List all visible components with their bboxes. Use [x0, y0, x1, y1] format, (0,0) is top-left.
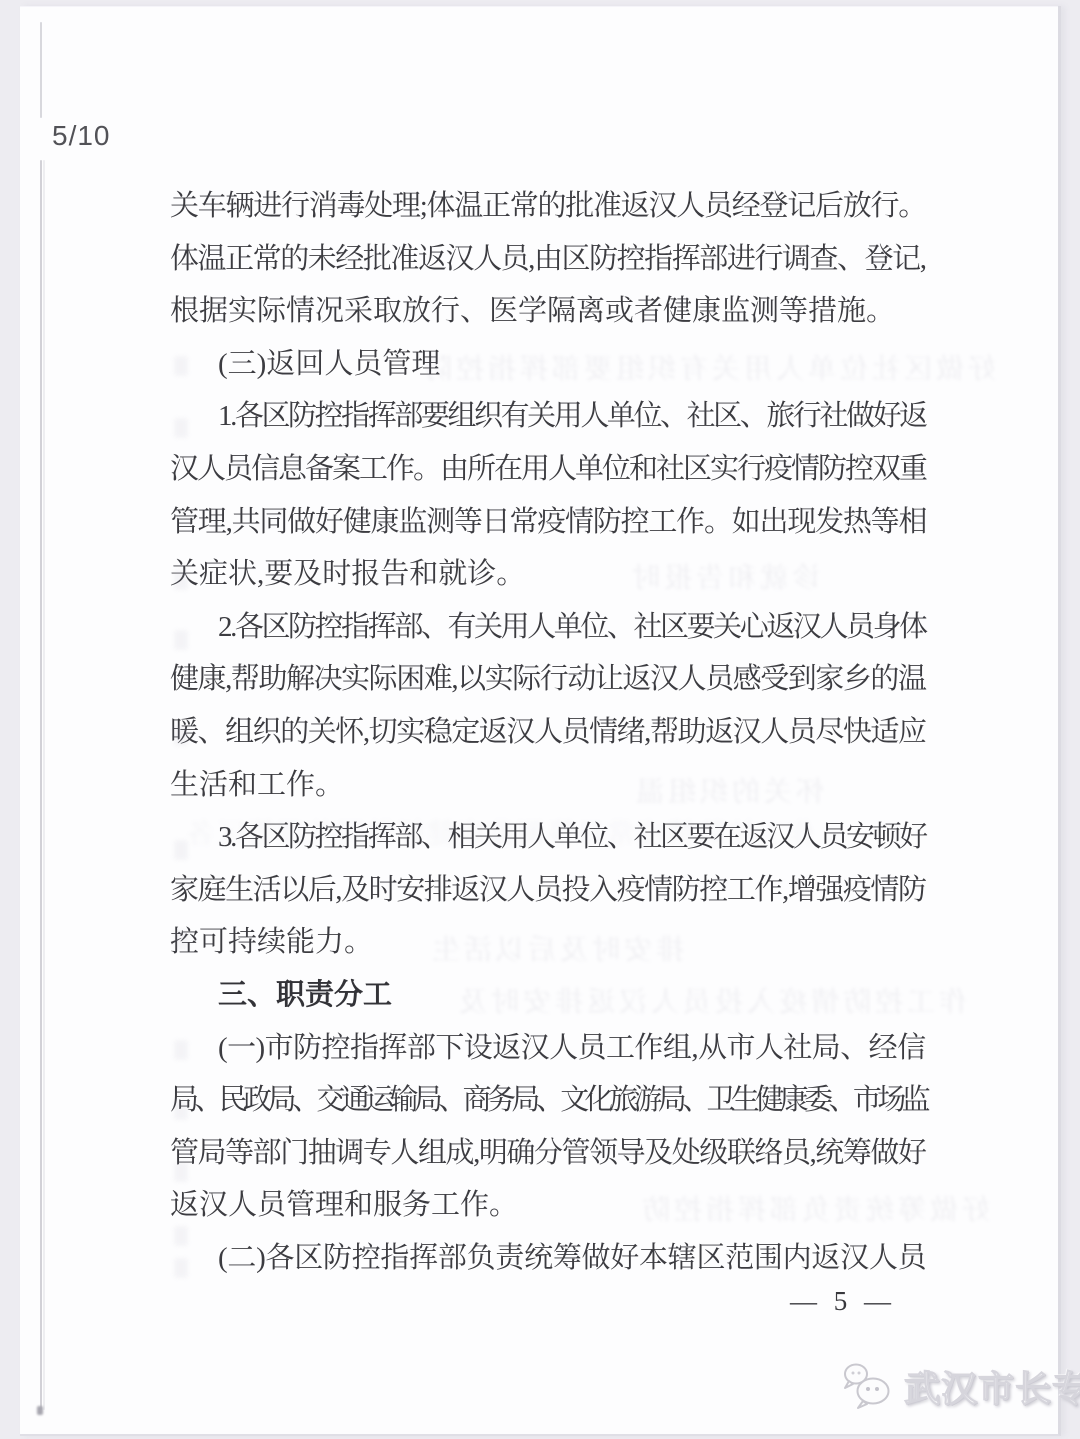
bleed-through-margin-mark: [174, 930, 188, 950]
bleed-through-margin-mark: [174, 630, 188, 650]
scan-fold-line-main: [40, 160, 42, 1410]
bleed-through-margin-mark: [174, 1162, 188, 1182]
document-body-text: 关车辆进行消毒处理;体温正常的批准返汉人员经登记后放行。体温正常的未经批准返汉人…: [170, 180, 926, 1284]
page-indicator: 5/10: [52, 120, 111, 152]
scan-fold-line-top: [40, 22, 42, 118]
bleed-through-margin-mark: [174, 356, 188, 376]
text-line: 汉人员信息备案工作。由所在用人单位和社区实行疫情防控双重: [170, 443, 926, 496]
bleed-through-ghost-text: 怀关的织组温: [632, 770, 824, 810]
scan-fold-line-end-dot: [37, 1406, 43, 1415]
scanned-document-screenshot: { "page_indicator": "5/10", "document": …: [0, 0, 1080, 1439]
bleed-through-ghost-text: 好做筹统责负部挥指控防: [638, 1188, 990, 1228]
watermark-label: 武汉市长专线: [904, 1361, 1080, 1412]
text-line: 1.各区防控指挥部要组织有关用人单位、社区、旅行社做好返: [218, 390, 926, 443]
bleed-through-ghost-text: 诊就和告报时: [628, 556, 820, 596]
text-line: 根据实际情况采取放行、医学隔离或者健康监测等措施。: [170, 285, 926, 338]
text-line: 管局等部门抽调专人组成,明确分管领导及处级联络员,统筹做好: [170, 1127, 926, 1180]
text-line: (一)市防控指挥部下设返汉人员工作组,从市人社局、经信: [218, 1022, 926, 1075]
bleed-through-margin-mark: [174, 1258, 188, 1278]
text-line: (二)各区防控指挥部负责统筹做好本辖区范围内返汉人员: [218, 1232, 926, 1285]
text-line: 局、民政局、交通运输局、商务局、文化旅游局、卫生健康委、市场监: [170, 1074, 926, 1127]
footer-page-number: — 5 —: [790, 1286, 896, 1317]
text-line: 暖、组织的关怀,切实稳定返汉人员情绪,帮助返汉人员尽快适应: [170, 706, 926, 759]
text-line: 健康,帮助解决实际困难,以实际行动让返汉人员感受到家乡的温: [170, 653, 926, 706]
bleed-through-margin-mark: [174, 1226, 188, 1246]
text-line: 关车辆进行消毒处理;体温正常的批准返汉人员经登记后放行。: [170, 180, 926, 233]
text-line: 管理,共同做好健康监测等日常疫情防控工作。如出现发热等相: [170, 496, 926, 549]
bleed-through-margin-mark: [174, 840, 188, 860]
bleed-through-margin-mark: [174, 418, 188, 438]
bleed-through-margin-mark: [174, 726, 188, 746]
bleed-through-margin-mark: [174, 1100, 188, 1120]
bleed-through-ghost-text: 作工控防情疫入投员人汉返排安时及: [455, 980, 967, 1020]
bleed-through-ghost-text: 作工控防情疫常日等测监康健好做同共理管区各: [185, 812, 815, 852]
text-line: 家庭生活以后,及时安排返汉人员投入疫情防控工作,增强疫情防: [170, 864, 926, 917]
bleed-through-ghost-text: 排安时及后以活生: [428, 928, 684, 968]
text-line: 体温正常的未经批准返汉人员,由区防控指挥部进行调查、登记,: [170, 233, 926, 286]
watermark: 武汉市长专线: [840, 1360, 1080, 1412]
text-line: 2.各区防控指挥部、有关用人单位、社区要关心返汉人员身体: [218, 601, 926, 654]
bleed-through-margin-mark: [174, 570, 188, 590]
chat-bubbles-logo-icon: [840, 1360, 898, 1412]
bleed-through-ghost-text: 好做区社位单人用关有织组要部挥指控防: [420, 347, 996, 387]
bleed-through-margin-mark: [174, 1040, 188, 1060]
